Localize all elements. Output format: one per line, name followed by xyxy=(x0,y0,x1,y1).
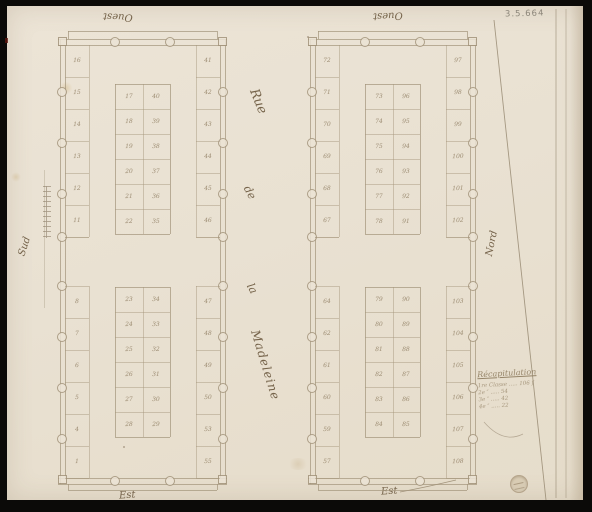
archive-number: 3.5.664 xyxy=(505,8,545,19)
room-number: 79 xyxy=(372,295,386,303)
block-row-line xyxy=(365,387,420,388)
room-partition-line xyxy=(65,478,89,479)
block-row-line xyxy=(115,312,170,313)
room-divider-line xyxy=(65,109,89,110)
street-name-la: la xyxy=(244,281,260,296)
room-number: 105 xyxy=(451,362,465,370)
wall-pilaster-circle xyxy=(165,37,175,47)
wall-pilaster-circle xyxy=(57,332,67,342)
room-divider-line xyxy=(196,382,220,383)
wall-pilaster-circle xyxy=(468,434,478,444)
block-row-line xyxy=(115,209,170,210)
wall-line xyxy=(308,45,477,46)
room-divider-line xyxy=(65,446,89,447)
wall-line xyxy=(58,39,227,40)
wall-line xyxy=(60,39,61,484)
room-number: 23 xyxy=(122,295,136,303)
room-number: 68 xyxy=(320,185,334,193)
wall-pilaster-circle xyxy=(307,87,317,97)
wall-pilaster-circle xyxy=(468,383,478,393)
room-divider-line xyxy=(196,77,220,78)
facade-outer-line xyxy=(318,31,467,32)
room-partition-line xyxy=(196,478,220,479)
facade-outer-line xyxy=(68,31,217,32)
room-divider-line xyxy=(315,414,339,415)
room-number: 73 xyxy=(372,92,386,100)
block-border-line xyxy=(365,234,420,235)
plan-sheet: 3.5.664 Ouest Ouest Est Est Sud Nord Rue… xyxy=(7,6,583,500)
room-number: 69 xyxy=(320,153,334,161)
room-number: 88 xyxy=(399,345,413,353)
room-number: 87 xyxy=(399,370,413,378)
room-number: 106 xyxy=(451,394,465,402)
room-number: 60 xyxy=(320,394,334,402)
block-row-line xyxy=(365,412,420,413)
room-number: 33 xyxy=(149,320,163,328)
wall-pilaster-circle xyxy=(57,383,67,393)
corner-pilaster xyxy=(58,37,67,46)
room-number: 59 xyxy=(320,426,334,434)
room-number: 83 xyxy=(372,395,386,403)
wall-line xyxy=(308,484,477,485)
facade-outer-line xyxy=(318,31,319,39)
room-number: 38 xyxy=(149,142,163,150)
block-row-line xyxy=(115,337,170,338)
room-number: 21 xyxy=(122,192,136,200)
legend-title: Récapitulation xyxy=(477,366,563,379)
room-number: 13 xyxy=(70,153,84,161)
room-number: 5 xyxy=(70,394,84,402)
room-number: 93 xyxy=(399,167,413,175)
compass-label-nord: Nord xyxy=(484,230,500,258)
room-number: 49 xyxy=(201,362,215,370)
room-divider-line xyxy=(196,414,220,415)
room-number: 4 xyxy=(70,426,84,434)
block-row-line xyxy=(365,337,420,338)
room-number: 27 xyxy=(122,395,136,403)
room-number: 16 xyxy=(70,57,84,65)
paper-stain xyxy=(287,458,309,470)
room-number: 11 xyxy=(70,217,84,225)
room-divider-line xyxy=(65,382,89,383)
corner-pilaster xyxy=(468,37,477,46)
room-divider-line xyxy=(65,350,89,351)
compass-label-ouest-left: Ouest xyxy=(103,10,133,23)
room-divider-line xyxy=(315,318,339,319)
room-partition-line xyxy=(339,286,340,478)
room-divider-line xyxy=(65,205,89,206)
room-divider-line xyxy=(65,414,89,415)
compass-label-ouest-right: Ouest xyxy=(373,9,403,21)
room-number: 14 xyxy=(70,121,84,129)
block-border-line xyxy=(365,84,420,85)
room-divider-line xyxy=(315,173,339,174)
legend: Récapitulation 1re Classe ..... 106 f 2e… xyxy=(477,366,565,411)
room-number: 28 xyxy=(122,420,136,428)
wall-line xyxy=(475,39,476,484)
room-number: 64 xyxy=(320,298,334,306)
room-number: 80 xyxy=(372,320,386,328)
wall-pilaster-circle xyxy=(165,476,175,486)
room-divider-line xyxy=(196,446,220,447)
room-number: 71 xyxy=(320,89,334,97)
paper-fold-shadow xyxy=(570,6,583,500)
room-divider-line xyxy=(446,414,470,415)
corner-pilaster xyxy=(218,37,227,46)
wall-pilaster-circle xyxy=(218,138,228,148)
block-row-line xyxy=(115,159,170,160)
street-name-de: de xyxy=(241,183,259,201)
room-divider-line xyxy=(196,350,220,351)
room-number: 97 xyxy=(451,57,465,65)
block-row-line xyxy=(365,134,420,135)
room-partition-line xyxy=(446,237,470,238)
room-divider-line xyxy=(196,109,220,110)
wall-line xyxy=(308,39,477,40)
wall-pilaster-circle xyxy=(218,383,228,393)
facade-outer-line xyxy=(68,31,69,39)
room-divider-line xyxy=(446,350,470,351)
room-number: 29 xyxy=(149,420,163,428)
room-divider-line xyxy=(315,446,339,447)
room-partition-line xyxy=(89,45,90,237)
room-partition-line xyxy=(196,237,220,238)
room-number: 75 xyxy=(372,142,386,150)
room-number: 19 xyxy=(122,142,136,150)
room-divider-line xyxy=(446,382,470,383)
wall-pilaster-circle xyxy=(110,37,120,47)
room-number: 43 xyxy=(201,121,215,129)
block-border-line xyxy=(115,287,170,288)
room-partition-line xyxy=(315,237,339,238)
wall-line xyxy=(220,45,221,478)
corner-pilaster xyxy=(308,37,317,46)
block-row-line xyxy=(115,109,170,110)
room-number: 24 xyxy=(122,320,136,328)
room-number: 108 xyxy=(451,458,465,466)
room-number: 55 xyxy=(201,458,215,466)
wall-pilaster-circle xyxy=(415,37,425,47)
room-number: 76 xyxy=(372,167,386,175)
room-number: 18 xyxy=(122,117,136,125)
room-number: 8 xyxy=(70,298,84,306)
wall-line xyxy=(58,45,227,46)
room-number: 57 xyxy=(320,458,334,466)
compass-label-sud: Sud xyxy=(17,235,34,257)
room-number: 46 xyxy=(201,217,215,225)
block-row-line xyxy=(115,362,170,363)
street-name-madeleine: Madeleine xyxy=(248,328,283,402)
room-divider-line xyxy=(446,173,470,174)
corner-pilaster xyxy=(468,475,477,484)
room-partition-line xyxy=(89,286,90,478)
wall-pilaster-circle xyxy=(307,189,317,199)
scale-bar xyxy=(43,186,51,238)
room-number: 89 xyxy=(399,320,413,328)
wall-pilaster-circle xyxy=(468,87,478,97)
block-border-line xyxy=(420,84,421,234)
frame-red-mark xyxy=(5,38,8,43)
block-row-line xyxy=(365,312,420,313)
room-divider-line xyxy=(446,77,470,78)
wall-line xyxy=(225,39,226,484)
room-number: 100 xyxy=(451,153,465,161)
room-number: 47 xyxy=(201,298,215,306)
room-number: 7 xyxy=(70,330,84,338)
room-number: 44 xyxy=(201,153,215,161)
room-number: 25 xyxy=(122,345,136,353)
block-row-line xyxy=(115,412,170,413)
room-number: 20 xyxy=(122,167,136,175)
block-row-line xyxy=(115,134,170,135)
facade-outer-line xyxy=(318,490,467,491)
room-number: 39 xyxy=(149,117,163,125)
room-divider-line xyxy=(446,141,470,142)
room-number: 17 xyxy=(122,92,136,100)
wall-pilaster-circle xyxy=(218,87,228,97)
corner-pilaster xyxy=(58,475,67,484)
room-number: 45 xyxy=(201,185,215,193)
wall-pilaster-circle xyxy=(360,37,370,47)
wall-line xyxy=(470,45,471,478)
room-divider-line xyxy=(315,350,339,351)
room-number: 26 xyxy=(122,370,136,378)
room-number: 62 xyxy=(320,330,334,338)
wall-pilaster-circle xyxy=(468,138,478,148)
room-number: 32 xyxy=(149,345,163,353)
wall-pilaster-circle xyxy=(57,87,67,97)
room-number: 31 xyxy=(149,370,163,378)
block-row-line xyxy=(365,109,420,110)
room-number: 96 xyxy=(399,92,413,100)
embossed-stamp-icon xyxy=(510,475,528,493)
room-number: 70 xyxy=(320,121,334,129)
block-border-line xyxy=(365,287,420,288)
room-divider-line xyxy=(446,109,470,110)
room-number: 50 xyxy=(201,394,215,402)
block-border-line xyxy=(115,437,170,438)
room-number: 77 xyxy=(372,192,386,200)
block-border-line xyxy=(170,287,171,437)
wall-pilaster-circle xyxy=(307,332,317,342)
block-row-line xyxy=(365,159,420,160)
wall-line xyxy=(58,484,227,485)
room-number: 34 xyxy=(149,295,163,303)
room-divider-line xyxy=(315,382,339,383)
room-number: 67 xyxy=(320,217,334,225)
room-divider-line xyxy=(65,77,89,78)
facade-outer-line xyxy=(68,490,217,491)
paper-stain xyxy=(11,172,21,182)
wall-pilaster-circle xyxy=(57,434,67,444)
wall-pilaster-circle xyxy=(218,434,228,444)
wall-line xyxy=(310,39,311,484)
room-number: 103 xyxy=(451,298,465,306)
wall-pilaster-circle xyxy=(468,332,478,342)
wall-pilaster-circle xyxy=(218,332,228,342)
room-partition-line xyxy=(196,286,220,287)
room-partition-line xyxy=(65,237,89,238)
wall-pilaster-circle xyxy=(468,189,478,199)
corner-pilaster xyxy=(218,475,227,484)
room-divider-line xyxy=(315,109,339,110)
compass-label-est-right: Est xyxy=(381,485,398,497)
room-number: 35 xyxy=(149,217,163,225)
room-number: 48 xyxy=(201,330,215,338)
room-partition-line xyxy=(315,478,339,479)
wall-pilaster-circle xyxy=(415,476,425,486)
room-number: 99 xyxy=(451,121,465,129)
block-row-line xyxy=(115,387,170,388)
room-number: 84 xyxy=(372,420,386,428)
room-number: 6 xyxy=(70,362,84,370)
room-divider-line xyxy=(446,205,470,206)
room-number: 86 xyxy=(399,395,413,403)
wall-pilaster-circle xyxy=(307,434,317,444)
room-divider-line xyxy=(65,173,89,174)
room-partition-line xyxy=(65,286,89,287)
room-number: 102 xyxy=(451,217,465,225)
room-number: 72 xyxy=(320,57,334,65)
room-divider-line xyxy=(65,141,89,142)
room-divider-line xyxy=(446,446,470,447)
room-number: 78 xyxy=(372,217,386,225)
room-number: 22 xyxy=(122,217,136,225)
room-number: 1 xyxy=(70,458,84,466)
room-number: 107 xyxy=(451,426,465,434)
room-number: 92 xyxy=(399,192,413,200)
block-row-line xyxy=(115,184,170,185)
room-number: 15 xyxy=(70,89,84,97)
room-number: 101 xyxy=(451,185,465,193)
room-number: 37 xyxy=(149,167,163,175)
room-divider-line xyxy=(315,141,339,142)
block-border-line xyxy=(420,287,421,437)
room-divider-line xyxy=(196,173,220,174)
paper-speck xyxy=(123,446,125,448)
room-divider-line xyxy=(196,141,220,142)
room-divider-line xyxy=(196,205,220,206)
wall-pilaster-circle xyxy=(57,138,67,148)
room-number: 61 xyxy=(320,362,334,370)
block-border-line xyxy=(115,84,170,85)
block-border-line xyxy=(170,84,171,234)
block-row-line xyxy=(365,362,420,363)
room-number: 41 xyxy=(201,57,215,65)
room-number: 94 xyxy=(399,142,413,150)
room-divider-line xyxy=(446,318,470,319)
room-number: 91 xyxy=(399,217,413,225)
scan-frame: 3.5.664 Ouest Ouest Est Est Sud Nord Rue… xyxy=(0,0,592,512)
margin-lines xyxy=(7,6,583,500)
wall-pilaster-circle xyxy=(360,476,370,486)
room-partition-line xyxy=(446,478,470,479)
block-row-line xyxy=(365,184,420,185)
room-number: 82 xyxy=(372,370,386,378)
room-divider-line xyxy=(315,205,339,206)
room-number: 104 xyxy=(451,330,465,338)
wall-pilaster-circle xyxy=(218,189,228,199)
block-border-line xyxy=(365,437,420,438)
room-divider-line xyxy=(315,77,339,78)
room-number: 74 xyxy=(372,117,386,125)
wall-pilaster-circle xyxy=(307,383,317,393)
wall-pilaster-circle xyxy=(57,189,67,199)
room-number: 40 xyxy=(149,92,163,100)
room-divider-line xyxy=(196,318,220,319)
room-number: 12 xyxy=(70,185,84,193)
block-row-line xyxy=(365,209,420,210)
room-number: 90 xyxy=(399,295,413,303)
room-partition-line xyxy=(339,45,340,237)
room-number: 98 xyxy=(451,89,465,97)
compass-label-est-left: Est xyxy=(119,489,136,501)
room-number: 81 xyxy=(372,345,386,353)
room-divider-line xyxy=(65,318,89,319)
room-number: 42 xyxy=(201,89,215,97)
corner-pilaster xyxy=(308,475,317,484)
street-name-rue: Rue xyxy=(246,87,270,117)
wall-pilaster-circle xyxy=(307,138,317,148)
block-border-line xyxy=(115,234,170,235)
room-number: 85 xyxy=(399,420,413,428)
room-number: 53 xyxy=(201,426,215,434)
room-number: 30 xyxy=(149,395,163,403)
room-partition-line xyxy=(315,286,339,287)
room-partition-line xyxy=(446,286,470,287)
room-number: 36 xyxy=(149,192,163,200)
wall-pilaster-circle xyxy=(110,476,120,486)
room-number: 95 xyxy=(399,117,413,125)
